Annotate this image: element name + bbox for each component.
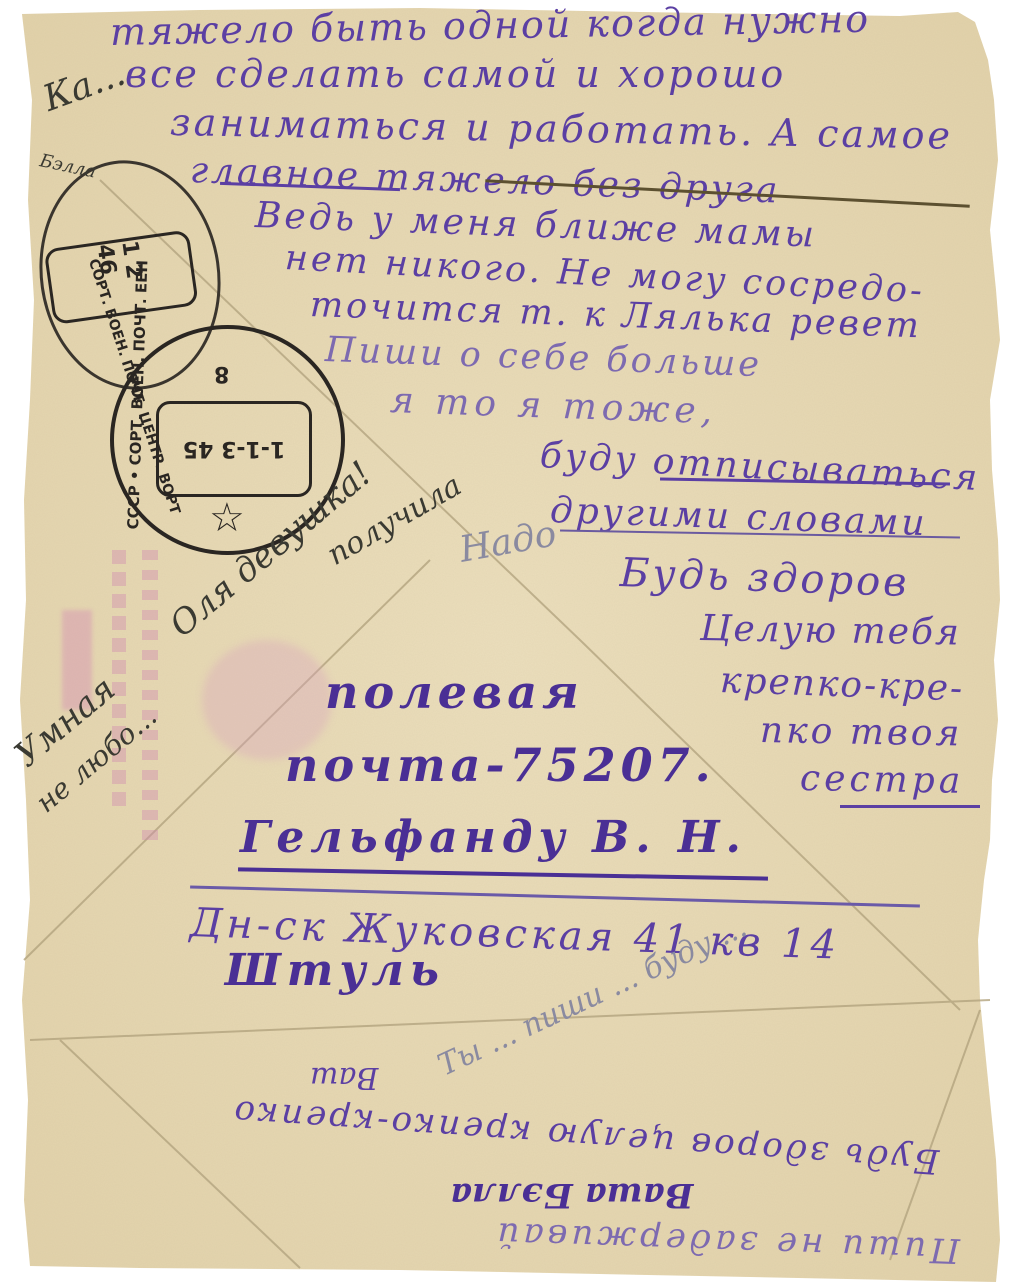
inverted-line: Ваш xyxy=(310,1060,378,1095)
address-line-field-post-number: почта-75207. xyxy=(285,738,716,792)
inverted-line: Ваша Бэлла xyxy=(450,1175,693,1215)
letter-line: крепко-кре- xyxy=(719,660,965,710)
postmark-date: 1-1-3 45 xyxy=(156,401,312,497)
letter-line: Целую тебя xyxy=(700,608,962,654)
underline xyxy=(840,805,980,808)
star-icon: ☆ xyxy=(209,494,245,541)
sender-name: Штуль xyxy=(225,945,445,996)
letter-line: пко твоя xyxy=(760,710,963,755)
letter-line: сестра xyxy=(800,758,965,802)
address-line-recipient: Гельфанду В. Н. xyxy=(240,812,747,863)
postmark-date: 1 2 46 xyxy=(44,229,199,325)
letter-sheet: ПРОСМОТРЕНО ВОЕННОЙ ЦЕНЗУРОЙ СОРТ. ВОЕН.… xyxy=(0,0,1029,1288)
letter-line: все сделать самой и хорошо xyxy=(125,52,786,96)
postmark-number: 8 xyxy=(214,361,229,386)
address-line-field-post: полевая xyxy=(325,665,584,719)
